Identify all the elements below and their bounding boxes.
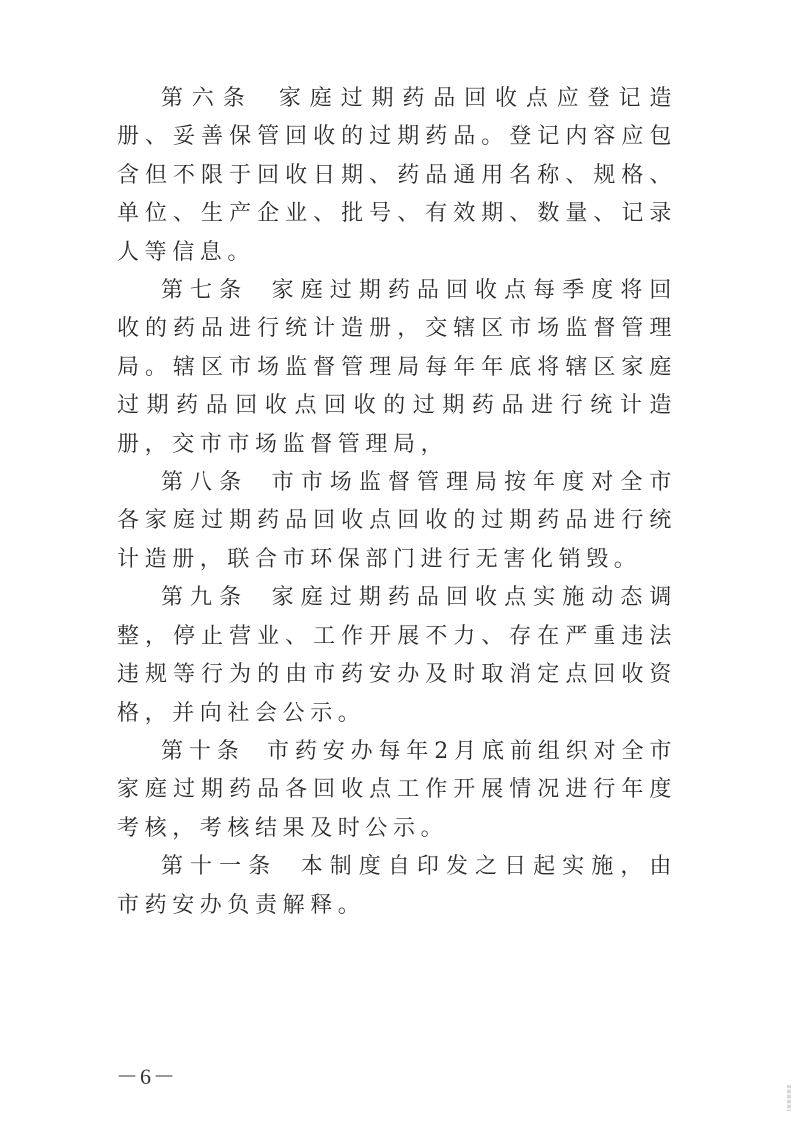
scan-edge-mark <box>787 1085 791 1111</box>
article-number: 第十一条 <box>161 854 277 879</box>
article-paragraph-11: 第十一条本制度自印发之日起实施，由市药安办负责解释。 <box>117 848 677 925</box>
article-paragraph-10: 第十条市药安办每年2月底前组织对全市家庭过期药品各回收点工作开展情况进行年度考核… <box>117 733 677 848</box>
article-number: 第十条 <box>161 739 245 764</box>
page-number: －6－ <box>116 1060 177 1091</box>
document-page: 第六条家庭过期药品回收点应登记造册、妥善保管回收的过期药品。登记内容应包含但不限… <box>0 0 793 1122</box>
article-paragraph-9: 第九条家庭过期药品回收点实施动态调整，停止营业、工作开展不力、存在严重违法违规等… <box>117 579 677 733</box>
article-text: 家庭过期药品回收点应登记造册、妥善保管回收的过期药品。登记内容应包含但不限于回收… <box>117 86 677 265</box>
article-number: 第九条 <box>161 585 248 610</box>
document-body: 第六条家庭过期药品回收点应登记造册、妥善保管回收的过期药品。登记内容应包含但不限… <box>117 80 677 925</box>
article-text: 家庭过期药品回收点每季度将回收的药品进行统计造册，交辖区市场监督管理局。辖区市场… <box>117 278 677 457</box>
article-number: 第八条 <box>161 470 248 495</box>
article-paragraph-6: 第六条家庭过期药品回收点应登记造册、妥善保管回收的过期药品。登记内容应包含但不限… <box>117 80 677 272</box>
article-number: 第七条 <box>161 278 248 303</box>
article-paragraph-7: 第七条家庭过期药品回收点每季度将回收的药品进行统计造册，交辖区市场监督管理局。辖… <box>117 272 677 464</box>
article-number: 第六条 <box>161 86 254 111</box>
article-paragraph-8: 第八条市市场监督管理局按年度对全市各家庭过期药品回收点回收的过期药品进行统计造册… <box>117 464 677 579</box>
